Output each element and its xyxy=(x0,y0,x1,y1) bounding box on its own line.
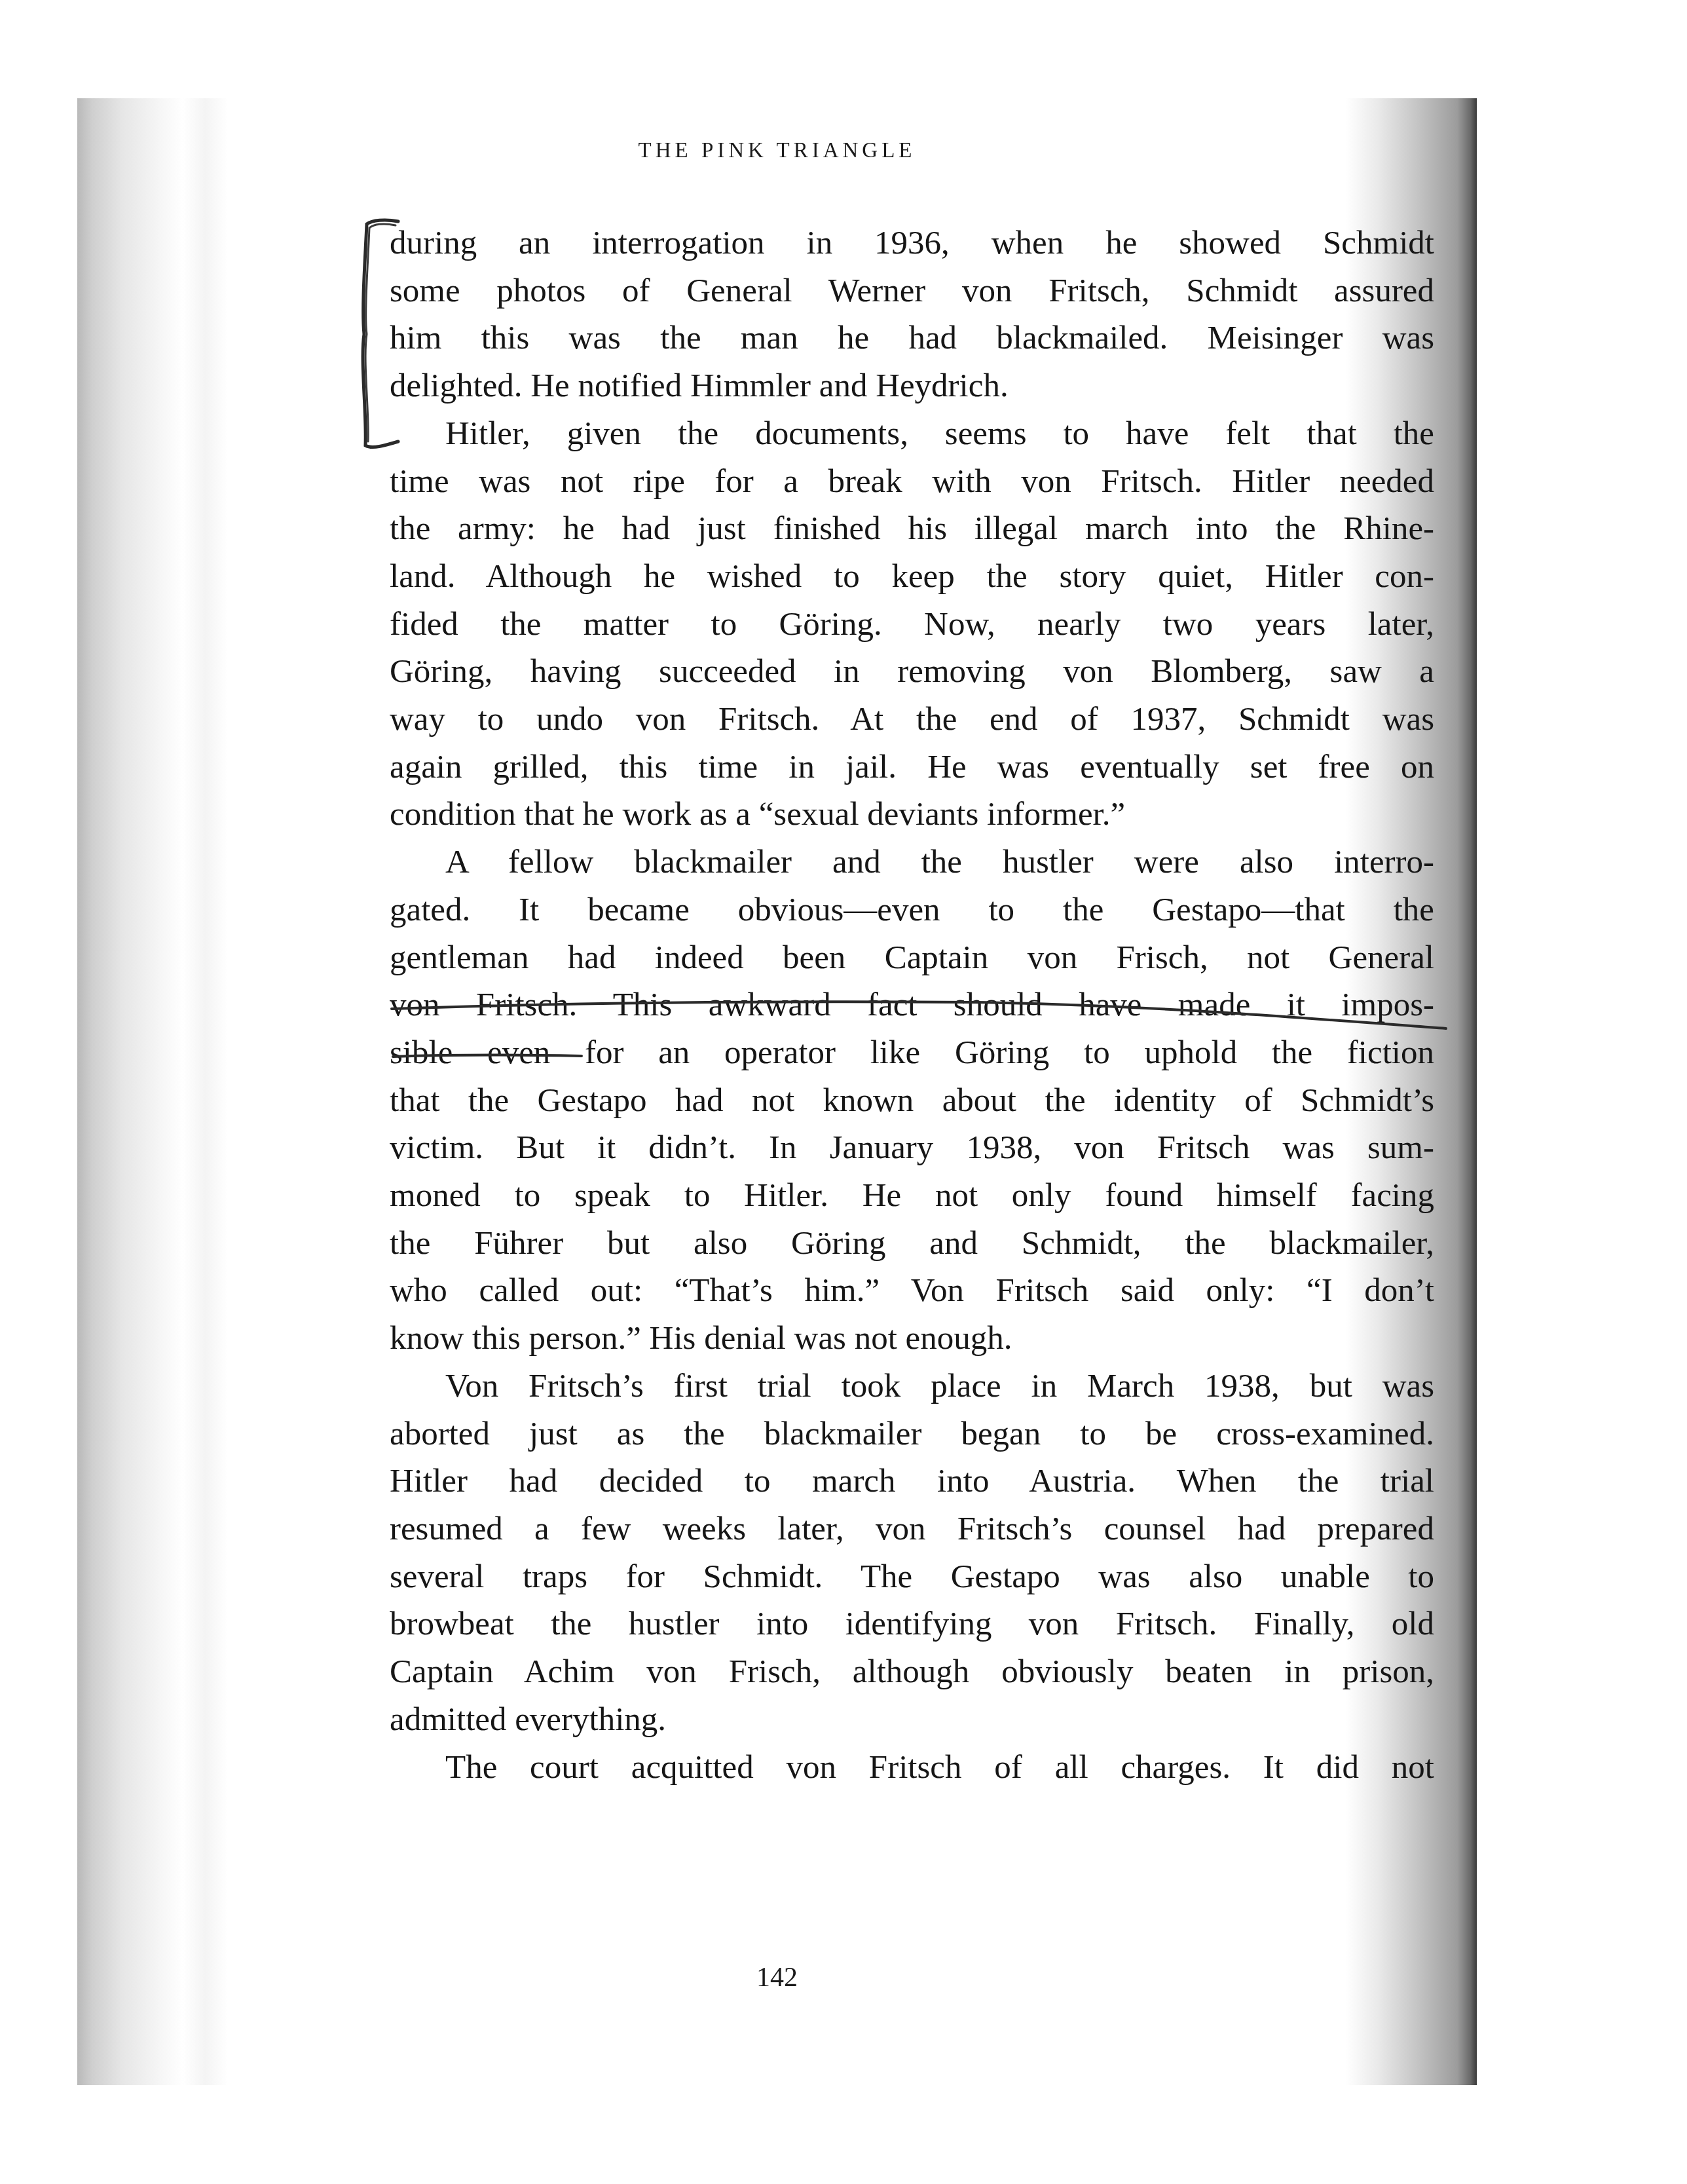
paragraph-3: A fellow blackmailer and the hustler wer… xyxy=(390,838,1434,1363)
left-margin-scan-shadow xyxy=(77,98,228,2085)
text-line: again grilled, this time in jail. He was… xyxy=(390,744,1434,791)
text-line: delighted. He notified Himmler and Heydr… xyxy=(390,362,1434,410)
text-line: The court acquitted von Fritsch of all c… xyxy=(390,1744,1434,1792)
paragraph-4: Von Fritsch’s first trial took place in … xyxy=(390,1363,1434,1744)
text-line: Hitler, given the documents, seems to ha… xyxy=(390,410,1434,458)
text-line: Captain Achim von Frisch, although obvio… xyxy=(390,1648,1434,1696)
text-line: resumed a few weeks later, von Fritsch’s… xyxy=(390,1505,1434,1553)
text-line: Von Fritsch’s first trial took place in … xyxy=(390,1363,1434,1410)
scanned-book-page: THE PINK TRIANGLE during an interrogatio… xyxy=(77,98,1477,2085)
text-line: gated. It became obvious—even to the Ges… xyxy=(390,886,1434,934)
underlined-text-line: gentleman had indeed been Captain von Fr… xyxy=(390,934,1434,982)
paragraph-5: The court acquitted von Fritsch of all c… xyxy=(390,1744,1434,1792)
text-line: aborted just as the blackmailer began to… xyxy=(390,1410,1434,1458)
text-line: admitted everything. xyxy=(390,1696,1434,1744)
text-line: him this was the man he had blackmailed.… xyxy=(390,314,1434,362)
pen-underline-annotation-icon xyxy=(385,976,1459,1061)
paragraph-1: during an interrogation in 1936, when he… xyxy=(390,219,1434,410)
text-line: several traps for Schmidt. The Gestapo w… xyxy=(390,1553,1434,1601)
text-line: Göring, having succeeded in removing von… xyxy=(390,648,1434,696)
text-line: A fellow blackmailer and the hustler wer… xyxy=(390,838,1434,886)
text-line: the army: he had just finished his illeg… xyxy=(390,505,1434,553)
text-line: condition that he work as a “sexual devi… xyxy=(390,791,1434,838)
text-line: time was not ripe for a break with von F… xyxy=(390,458,1434,506)
text-line: way to undo von Fritsch. At the end of 1… xyxy=(390,696,1434,744)
text-line: that the Gestapo had not known about the… xyxy=(390,1077,1434,1125)
text-line: fided the matter to Göring. Now, nearly … xyxy=(390,601,1434,649)
text-line: some photos of General Werner von Fritsc… xyxy=(390,267,1434,315)
text-line: browbeat the hustler into identifying vo… xyxy=(390,1600,1434,1648)
text-line: the Führer but also Göring and Schmidt, … xyxy=(390,1220,1434,1268)
page-number: 142 xyxy=(77,1962,1477,1993)
text-line: Hitler had decided to march into Austria… xyxy=(390,1458,1434,1505)
running-header: THE PINK TRIANGLE xyxy=(77,139,1477,163)
text-line: know this person.” His denial was not en… xyxy=(390,1315,1434,1363)
text-line: moned to speak to Hitler. He not only fo… xyxy=(390,1172,1434,1220)
text-line: land. Although he wished to keep the sto… xyxy=(390,553,1434,601)
paragraph-2: Hitler, given the documents, seems to ha… xyxy=(390,410,1434,838)
text-line: victim. But it didn’t. In January 1938, … xyxy=(390,1124,1434,1172)
text-line: during an interrogation in 1936, when he… xyxy=(390,219,1434,267)
text-line: who called out: “That’s him.” Von Fritsc… xyxy=(390,1267,1434,1315)
